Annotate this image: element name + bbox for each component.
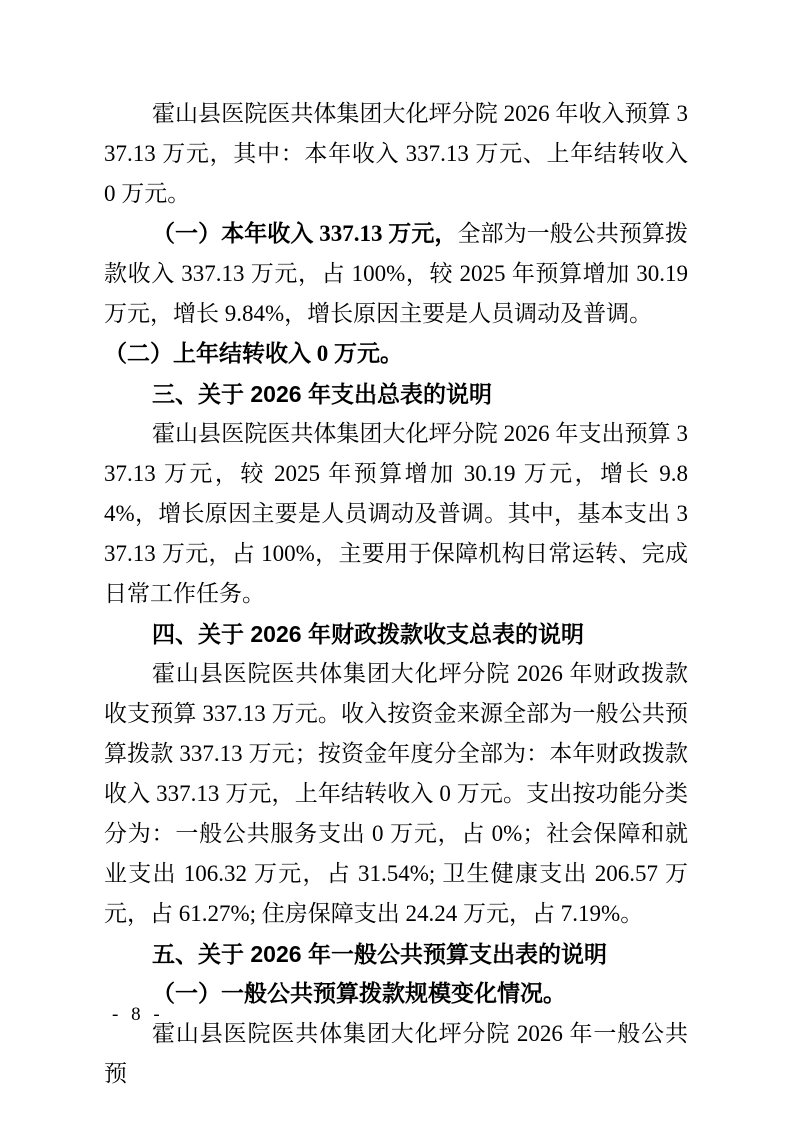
section-heading: 三、关于 2026 年支出总表的说明 <box>104 374 688 414</box>
text-run: （一）本年收入 337.13 万元， <box>152 221 457 246</box>
paragraph: 霍山县医院医共体集团大化坪分院 2026 年支出预算 337.13 万元，较 2… <box>104 414 688 614</box>
text-run: （一）一般公共预算拨款规模变化情况。 <box>152 981 566 1006</box>
paragraph: （二）上年结转收入 0 万元。 <box>104 334 688 374</box>
text-run: 五、关于 2026 年一般公共预算支出表的说明 <box>152 941 607 967</box>
paragraph: 霍山县医院医共体集团大化坪分院 2026 年收入预算 337.13 万元，其中：… <box>104 94 688 214</box>
section-heading: 四、关于 2026 年财政拨款收支总表的说明 <box>104 614 688 654</box>
text-run: 霍山县医院医共体集团大化坪分院 2026 年财政拨款收支预算 337.13 万元… <box>104 661 688 926</box>
sub-heading: （一）一般公共预算拨款规模变化情况。 <box>104 974 688 1014</box>
document-page: 霍山县医院医共体集团大化坪分院 2026 年收入预算 337.13 万元，其中：… <box>0 0 793 1122</box>
text-run: 霍山县医院医共体集团大化坪分院 2026 年收入预算 337.13 万元，其中：… <box>104 101 688 206</box>
document-body: 霍山县医院医共体集团大化坪分院 2026 年收入预算 337.13 万元，其中：… <box>104 94 688 1094</box>
section-heading: 五、关于 2026 年一般公共预算支出表的说明 <box>104 934 688 974</box>
text-run: 三、关于 2026 年支出总表的说明 <box>152 381 492 407</box>
text-run: 霍山县医院医共体集团大化坪分院 2026 年一般公共预 <box>104 1021 688 1086</box>
paragraph: 霍山县医院医共体集团大化坪分院 2026 年一般公共预 <box>104 1014 688 1094</box>
text-run: （二）上年结转收入 0 万元。 <box>104 341 403 366</box>
page-number: - 8 - <box>112 1004 164 1026</box>
text-run: 霍山县医院医共体集团大化坪分院 2026 年支出预算 337.13 万元，较 2… <box>104 421 688 606</box>
paragraph: 霍山县医院医共体集团大化坪分院 2026 年财政拨款收支预算 337.13 万元… <box>104 654 688 934</box>
paragraph: （一）本年收入 337.13 万元，全部为一般公共预算拨款收入 337.13 万… <box>104 214 688 334</box>
text-run: 四、关于 2026 年财政拨款收支总表的说明 <box>152 621 584 647</box>
